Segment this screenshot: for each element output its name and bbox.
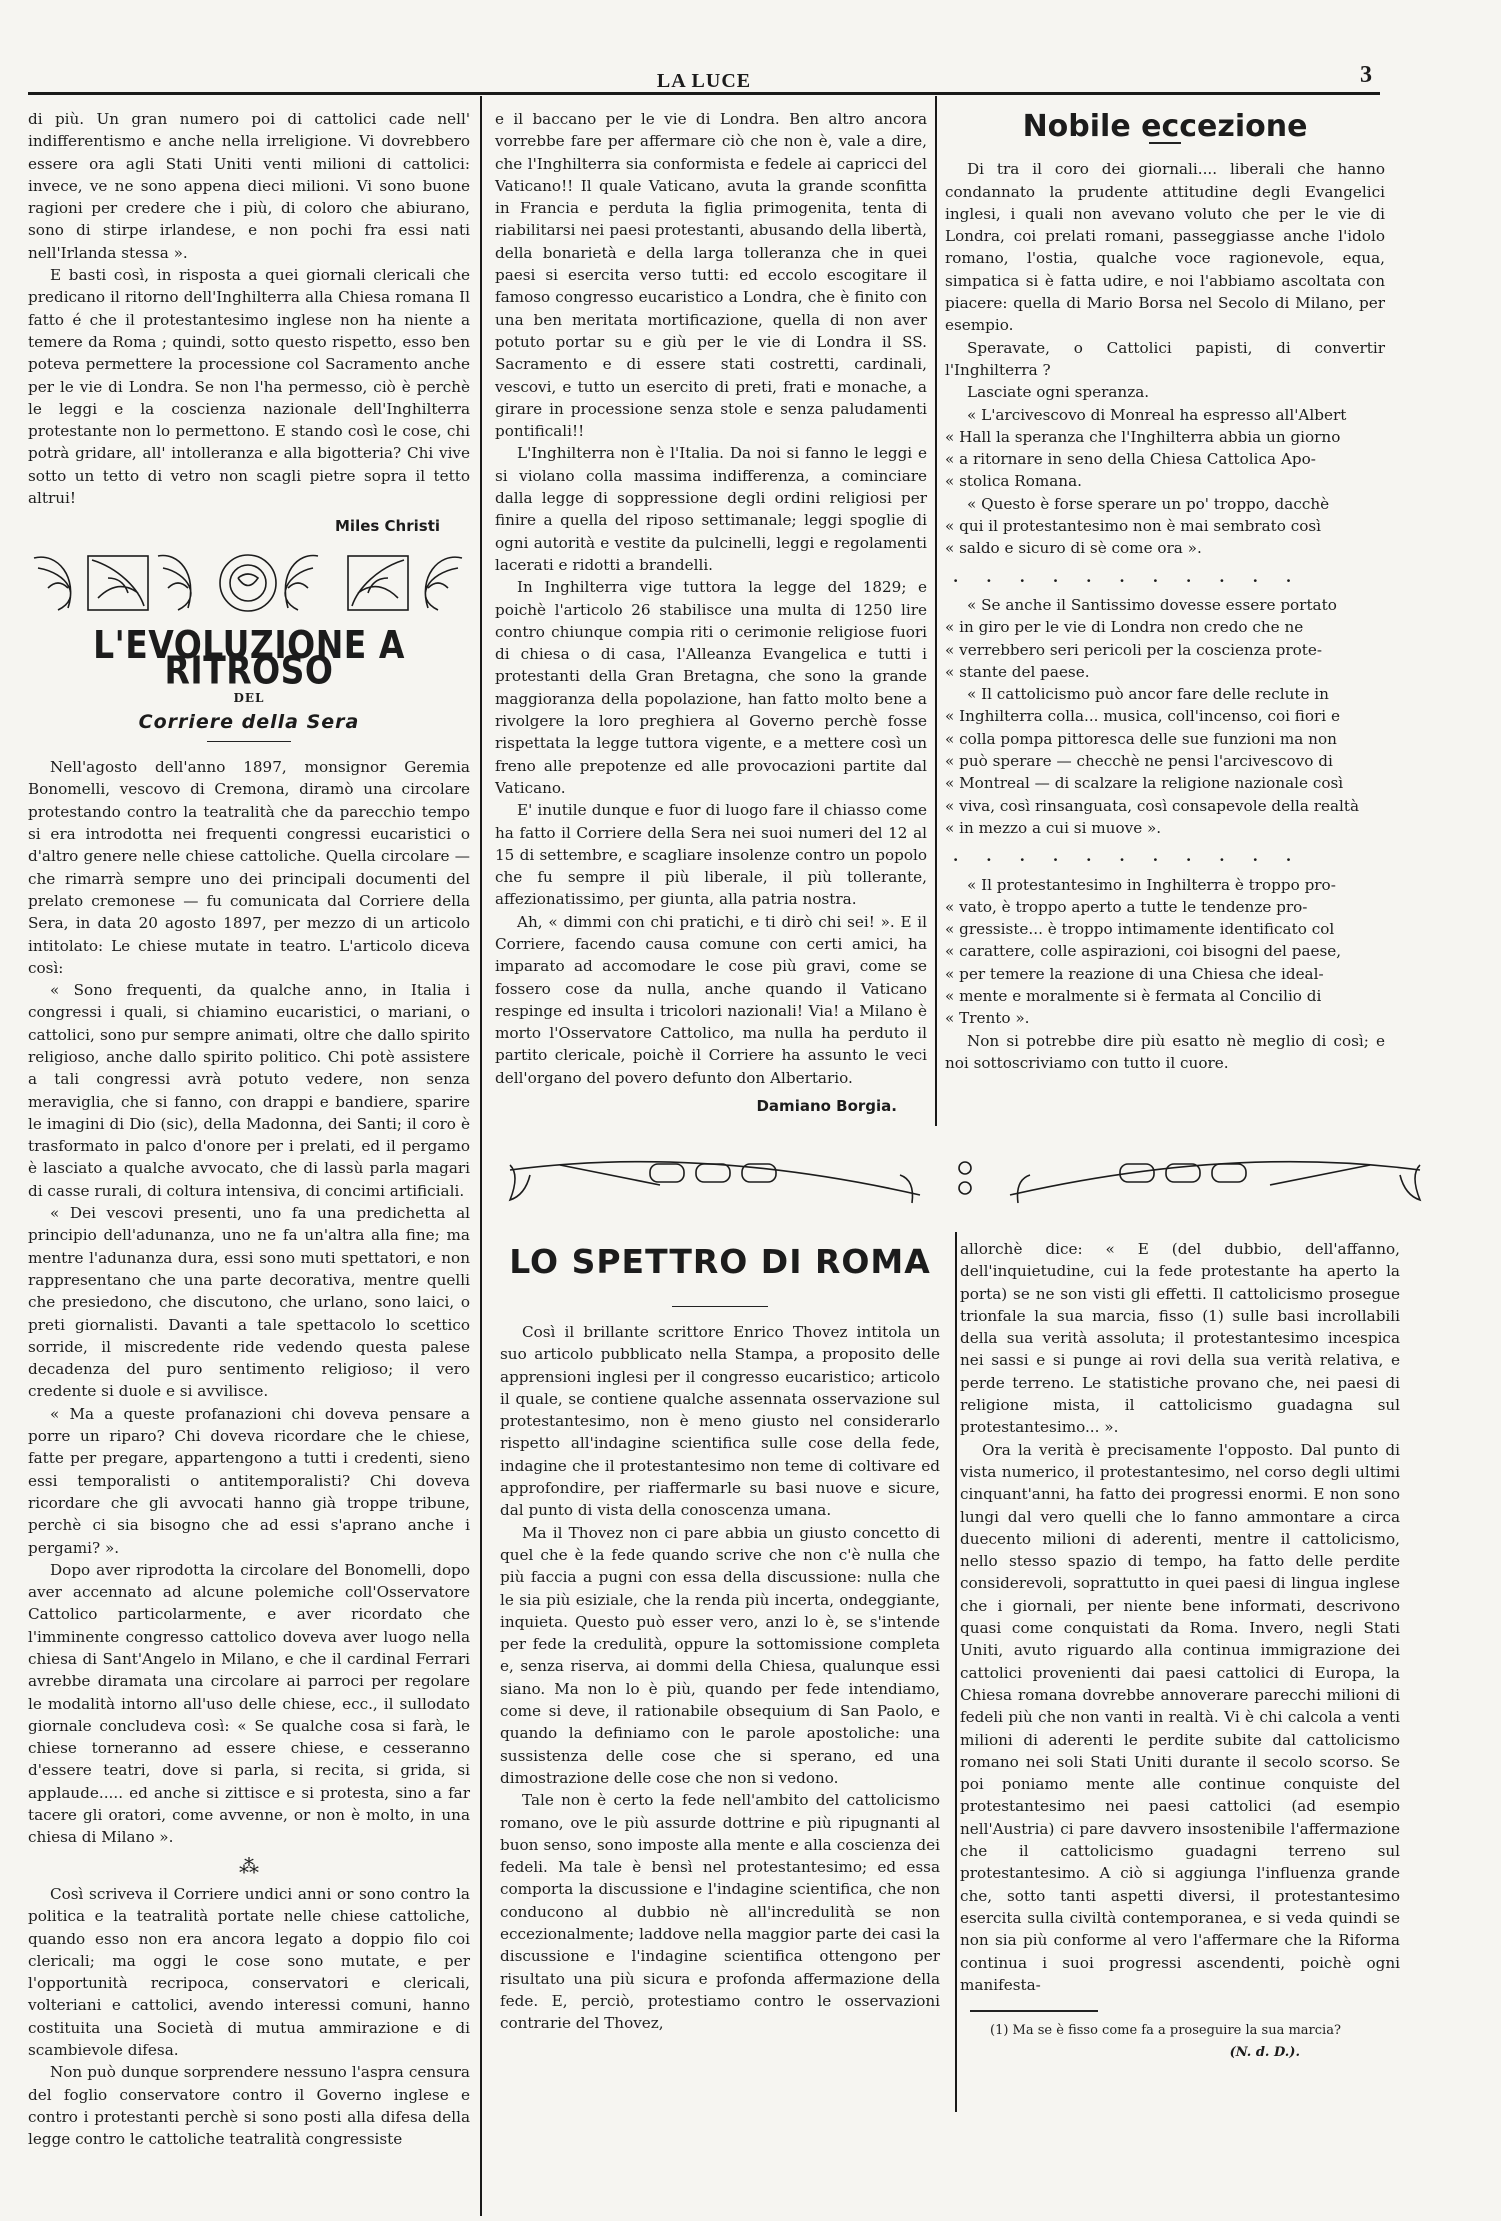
paragraph: Ah, « dimmi con chi pratichi, e ti dirò … [495,911,927,1089]
paragraph: Non può dunque sorprendere nessuno l'asp… [28,2061,470,2150]
newspaper-page: LA LUCE 3 di più. Un gran numero poi di … [0,0,1501,2221]
divider [672,1306,768,1307]
paragraph: « Dei vescovi presenti, uno fa una predi… [28,1202,470,1403]
quote-line: « saldo e sicuro di sè come ora ». [945,537,1385,559]
masthead: LA LUCE 3 [28,62,1380,95]
paragraph: In Inghilterra vige tuttora la legge del… [495,576,927,799]
signature-miles-christi: Miles Christi [28,515,470,537]
paragraph: Così scriveva il Corriere undici anni or… [28,1883,470,2061]
quote-block-3: « Il protestantesimo in Inghilterra è tr… [945,874,1385,1030]
paragraph: Speravate, o Cattolici papisti, di conve… [945,337,1385,382]
quote-line: « Il cattolicismo può ancor fare delle r… [945,683,1385,705]
quote-line: « a ritornare in seno della Chiesa Catto… [945,448,1385,470]
quote-line: « Montreal — di scalzare la religione na… [945,772,1385,794]
divider [207,741,291,742]
quote-line: « stolica Romana. [945,470,1385,492]
quote-line: « vato, è troppo aperto a tutte le tende… [945,896,1385,918]
quote-line: « in mezzo a cui si muove ». [945,817,1385,839]
floral-ornament-icon [28,548,468,618]
scroll-ornament-icon [500,1150,1430,1205]
column-3-bottom: allorchè dice: « E (del dubbio, dell'aff… [960,1238,1400,2064]
quote-line: « può sperare — checchè ne pensi l'arciv… [945,750,1385,772]
paragraph: di più. Un gran numero poi di cattolici … [28,108,470,264]
newspaper-title: LA LUCE [28,70,1380,93]
headline-evoluzione: L'EVOLUZIONE A RITROSO [28,633,470,684]
quote-line: « mente e moralmente si è fermata al Con… [945,985,1385,1007]
quote-block-1: « L'arcivescovo di Monreal ha espresso a… [945,404,1385,560]
ellipsis-divider: ........... [945,566,1385,588]
paragraph: Di tra il coro dei giornali.... liberali… [945,158,1385,336]
quote-block-2: « Se anche il Santissimo dovesse essere … [945,594,1385,839]
headline-spettro-di-roma: LO SPETTRO DI ROMA [500,1242,940,1281]
quote-line: « Inghilterra colla... musica, coll'ince… [945,705,1385,727]
asterism-icon: ⁂ [28,1855,470,1877]
footnote-attribution: (N. d. D.). [990,2042,1400,2064]
column-rule [935,96,937,1126]
paragraph: Così il brillante scrittore Enrico Thove… [500,1321,940,1522]
paragraph: Nell'agosto dell'anno 1897, monsignor Ge… [28,756,470,979]
footnote-divider [970,2010,1098,2012]
quote-line: « Trento ». [945,1007,1385,1029]
paragraph: E' inutile dunque e fuor di luogo fare i… [495,799,927,910]
column-rule [480,96,482,2216]
paragraph: Ma il Thovez non ci pare abbia un giusto… [500,1522,940,1790]
paragraph: e il baccano per le vie di Londra. Ben a… [495,108,927,442]
paragraph: allorchè dice: « E (del dubbio, dell'aff… [960,1238,1400,1439]
quote-line: « Questo è forse sperare un po' troppo, … [945,493,1385,515]
quote-line: « gressiste... è troppo intimamente iden… [945,918,1385,940]
headline-nobile-eccezione: Nobile eccezione [945,116,1385,138]
quote-line: « Se anche il Santissimo dovesse essere … [945,594,1385,616]
quote-line: « stante del paese. [945,661,1385,683]
signature-damiano-borgia: Damiano Borgia. [495,1095,927,1117]
quote-line: « per temere la reazione di una Chiesa c… [945,963,1385,985]
quote-line: « viva, così rinsanguata, così consapevo… [945,795,1385,817]
quote-line: « Il protestantesimo in Inghilterra è tr… [945,874,1385,896]
page-number: 3 [1360,62,1372,89]
paragraph: Tale non è certo la fede nell'ambito del… [500,1789,940,2034]
column-1: di più. Un gran numero poi di cattolici … [28,108,470,2151]
paragraph: Dopo aver riprodotta la circolare del Bo… [28,1559,470,1849]
column-2-bottom: Così il brillante scrittore Enrico Thove… [500,1300,940,2035]
paragraph: Lasciate ogni speranza. [945,381,1385,403]
quote-line: « colla pompa pittoresca delle sue funzi… [945,728,1385,750]
footnote: (1) Ma se è fisso come fa a proseguire l… [960,2020,1400,2064]
headline-sub-corriere: Corriere della Sera [28,711,470,733]
quote-line: « L'arcivescovo di Monreal ha espresso a… [945,404,1385,426]
quote-line: « Hall la speranza che l'Inghilterra abb… [945,426,1385,448]
column-2-top: e il baccano per le vie di Londra. Ben a… [495,108,927,1117]
quote-line: « verrebbero seri pericoli per la coscie… [945,639,1385,661]
paragraph: Non si potrebbe dire più esatto nè megli… [945,1030,1385,1075]
quote-line: « qui il protestantesimo non è mai sembr… [945,515,1385,537]
footnote-text: (1) Ma se è fisso come fa a proseguire l… [990,2020,1400,2042]
paragraph: L'Inghilterra non è l'Italia. Da noi si … [495,442,927,576]
paragraph: E basti così, in risposta a quei giornal… [28,264,470,509]
ellipsis-divider: ........... [945,845,1385,867]
column-3-top: Nobile eccezione Di tra il coro dei gior… [945,108,1385,1074]
paragraph: Ora la verità è precisamente l'opposto. … [960,1439,1400,1996]
column-rule [955,1232,957,2112]
quote-line: « in giro per le vie di Londra non credo… [945,616,1385,638]
quote-line: « carattere, colle aspirazioni, coi biso… [945,940,1385,962]
paragraph: « Ma a queste profanazioni chi doveva pe… [28,1403,470,1559]
paragraph: « Sono frequenti, da qualche anno, in It… [28,979,470,1202]
